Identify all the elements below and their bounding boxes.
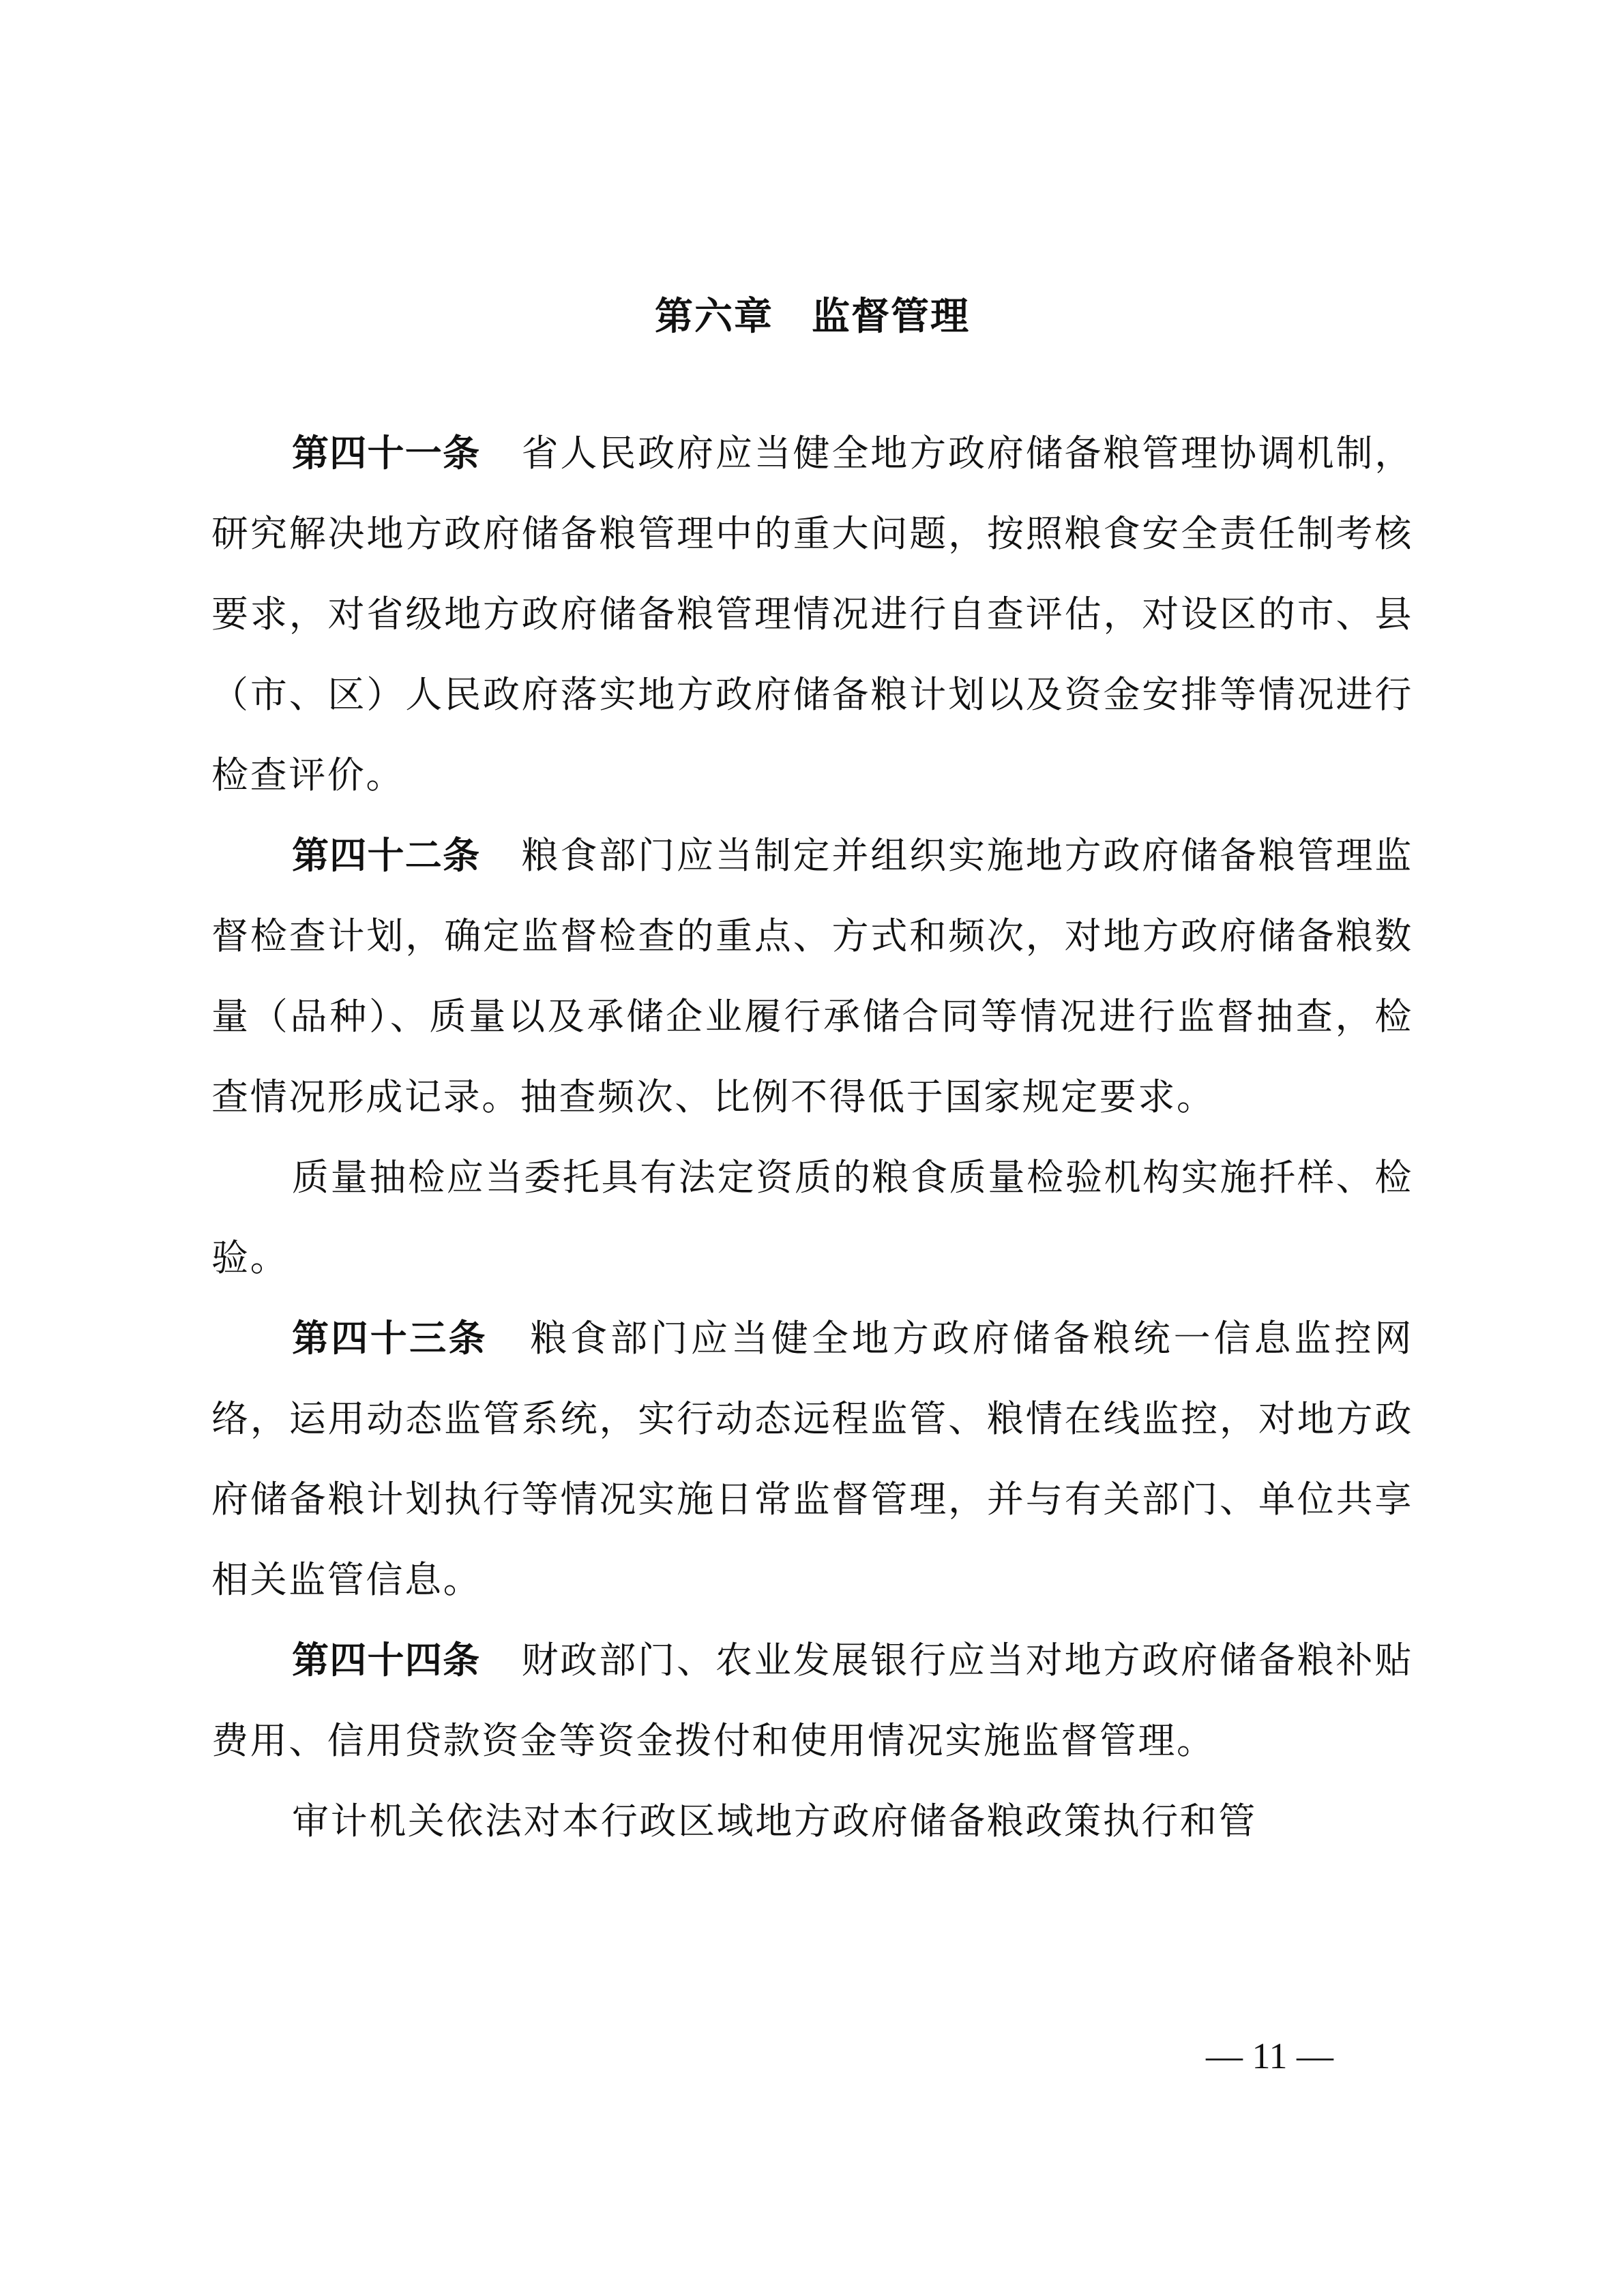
article-44-paragraph: 第四十四条财政部门、农业发展银行应当对地方政府储备粮补贴费用、信用贷款资金等资金… (211, 1620, 1413, 1781)
article-text: 省人民政府应当健全地方政府储备粮管理协调机制，研究解决地方政府储备粮管理中的重大… (211, 432, 1413, 796)
article-43-paragraph: 第四十三条粮食部门应当健全地方政府储备粮统一信息监控网络，运用动态监管系统，实行… (211, 1298, 1413, 1620)
article-number: 第四十二条 (292, 834, 480, 877)
paragraph-text: 质量抽检应当委托具有法定资质的粮食质量检验机构实施扦样、检验。 (211, 1156, 1413, 1279)
chapter-title: 监督管理 (812, 295, 970, 339)
article-number: 第四十三条 (292, 1317, 488, 1360)
document-body: 第四十一条省人民政府应当健全地方政府储备粮管理协调机制，研究解决地方政府储备粮管… (211, 413, 1413, 1862)
article-42-paragraph: 第四十二条粮食部门应当制定并组织实施地方政府储备粮管理监督检查计划，确定监督检查… (211, 816, 1413, 1137)
article-44-subparagraph: 审计机关依法对本行政区域地方政府储备粮政策执行和管 (211, 1781, 1413, 1862)
article-42-subparagraph: 质量抽检应当委托具有法定资质的粮食质量检验机构实施扦样、检验。 (211, 1137, 1413, 1298)
article-number: 第四十一条 (292, 432, 480, 475)
paragraph-text: 审计机关依法对本行政区域地方政府储备粮政策执行和管 (292, 1800, 1257, 1843)
chapter-heading: 第六章监督管理 (211, 293, 1413, 341)
page-number: — 11 — (1206, 2032, 1333, 2080)
article-41-paragraph: 第四十一条省人民政府应当健全地方政府储备粮管理协调机制，研究解决地方政府储备粮管… (211, 413, 1413, 816)
chapter-number: 第六章 (655, 295, 773, 339)
article-number: 第四十四条 (292, 1639, 480, 1682)
